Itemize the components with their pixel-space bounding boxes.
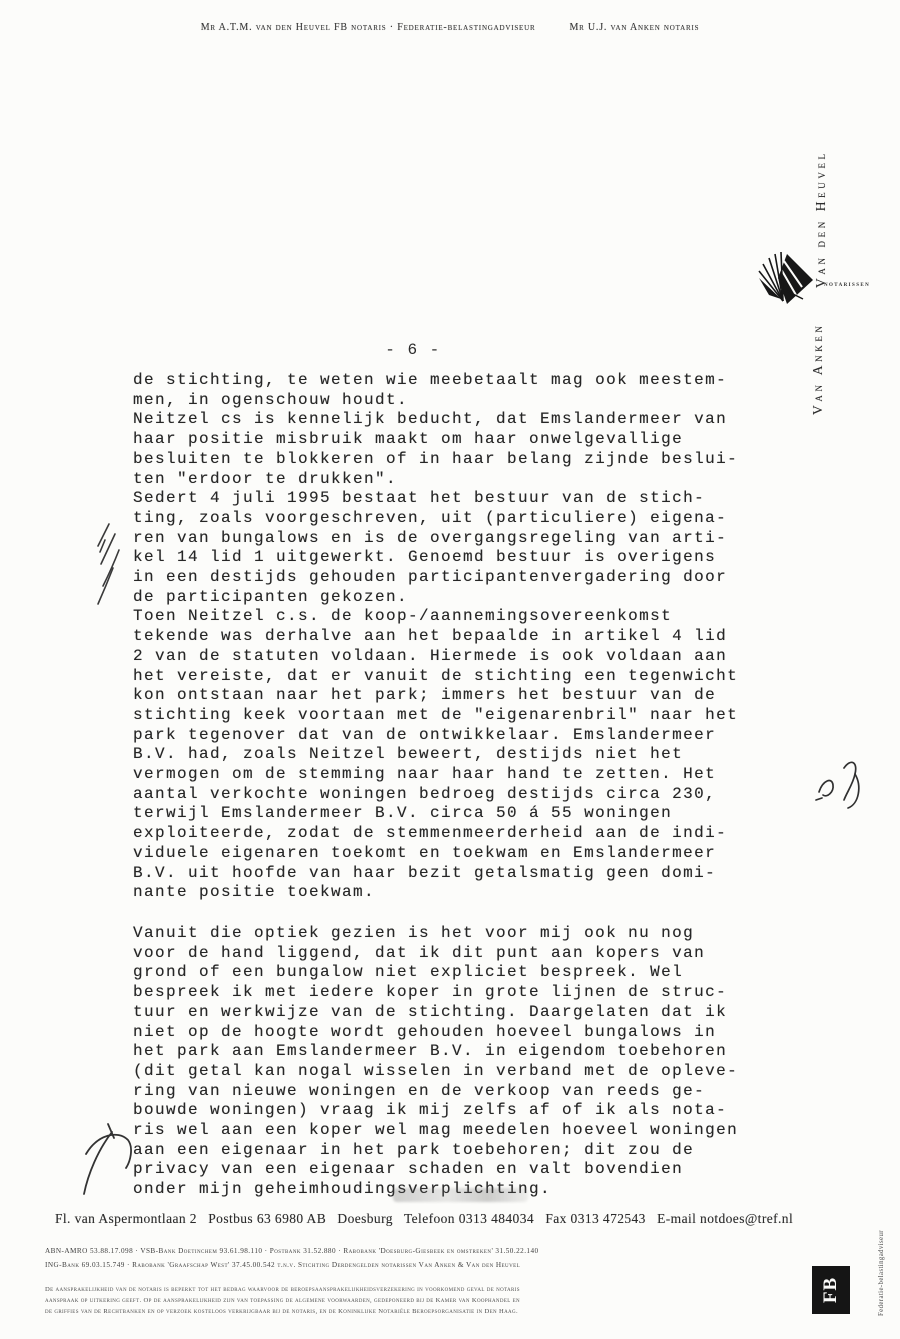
firm-diamond-logo-icon [757, 247, 815, 311]
ink-smudge [393, 1188, 528, 1202]
liability-disclaimer-line-2: aanspraak op uitkering geeft. Op de aans… [45, 1297, 805, 1304]
handwritten-annotation [814, 748, 876, 812]
liability-disclaimer-line-1: De aansprakelijkheid van de notaris is b… [45, 1286, 805, 1293]
handwritten-flag-mark [76, 1120, 140, 1202]
fb-logo-caption: Federatie-belastingadviseur [878, 1220, 885, 1316]
scanned-letter-page: Mr A.T.M. van den Heuvel FB notaris · Fe… [0, 0, 900, 1339]
bank-accounts-line-1: ABN-AMRO 53.88.17.098 · VSB-Bank Doetinc… [45, 1247, 785, 1255]
firm-name-van-den-heuvel: Van den Heuvel [813, 108, 829, 288]
body-paragraph-1: de stichting, te weten wie meebetaalt ma… [133, 371, 773, 903]
bank-accounts-line-2: ING-Bank 69.03.15.749 · Rabobank 'Graafs… [45, 1261, 785, 1269]
letterhead-left: Mr A.T.M. van den Heuvel FB notaris · Fe… [201, 22, 536, 33]
handwritten-hatch-mark [88, 520, 134, 612]
body-paragraph-2: Vanuit die optiek gezien is het voor mij… [133, 924, 773, 1200]
letterhead-right: Mr U.J. van Anken notaris [569, 22, 699, 33]
liability-disclaimer-line-3: de griffies van de Rechtbanken en op ver… [45, 1308, 805, 1315]
page-number: - 6 - [133, 341, 693, 359]
firm-subtitle-notarissen: notarissen [824, 281, 870, 288]
fb-logo-letters: FB [820, 1277, 842, 1303]
letterhead: Mr A.T.M. van den Heuvel FB notaris · Fe… [0, 22, 900, 33]
footer-address: Fl. van Aspermontlaan 2 Postbus 63 6980 … [55, 1211, 815, 1227]
fb-federation-logo: FB [812, 1266, 850, 1314]
